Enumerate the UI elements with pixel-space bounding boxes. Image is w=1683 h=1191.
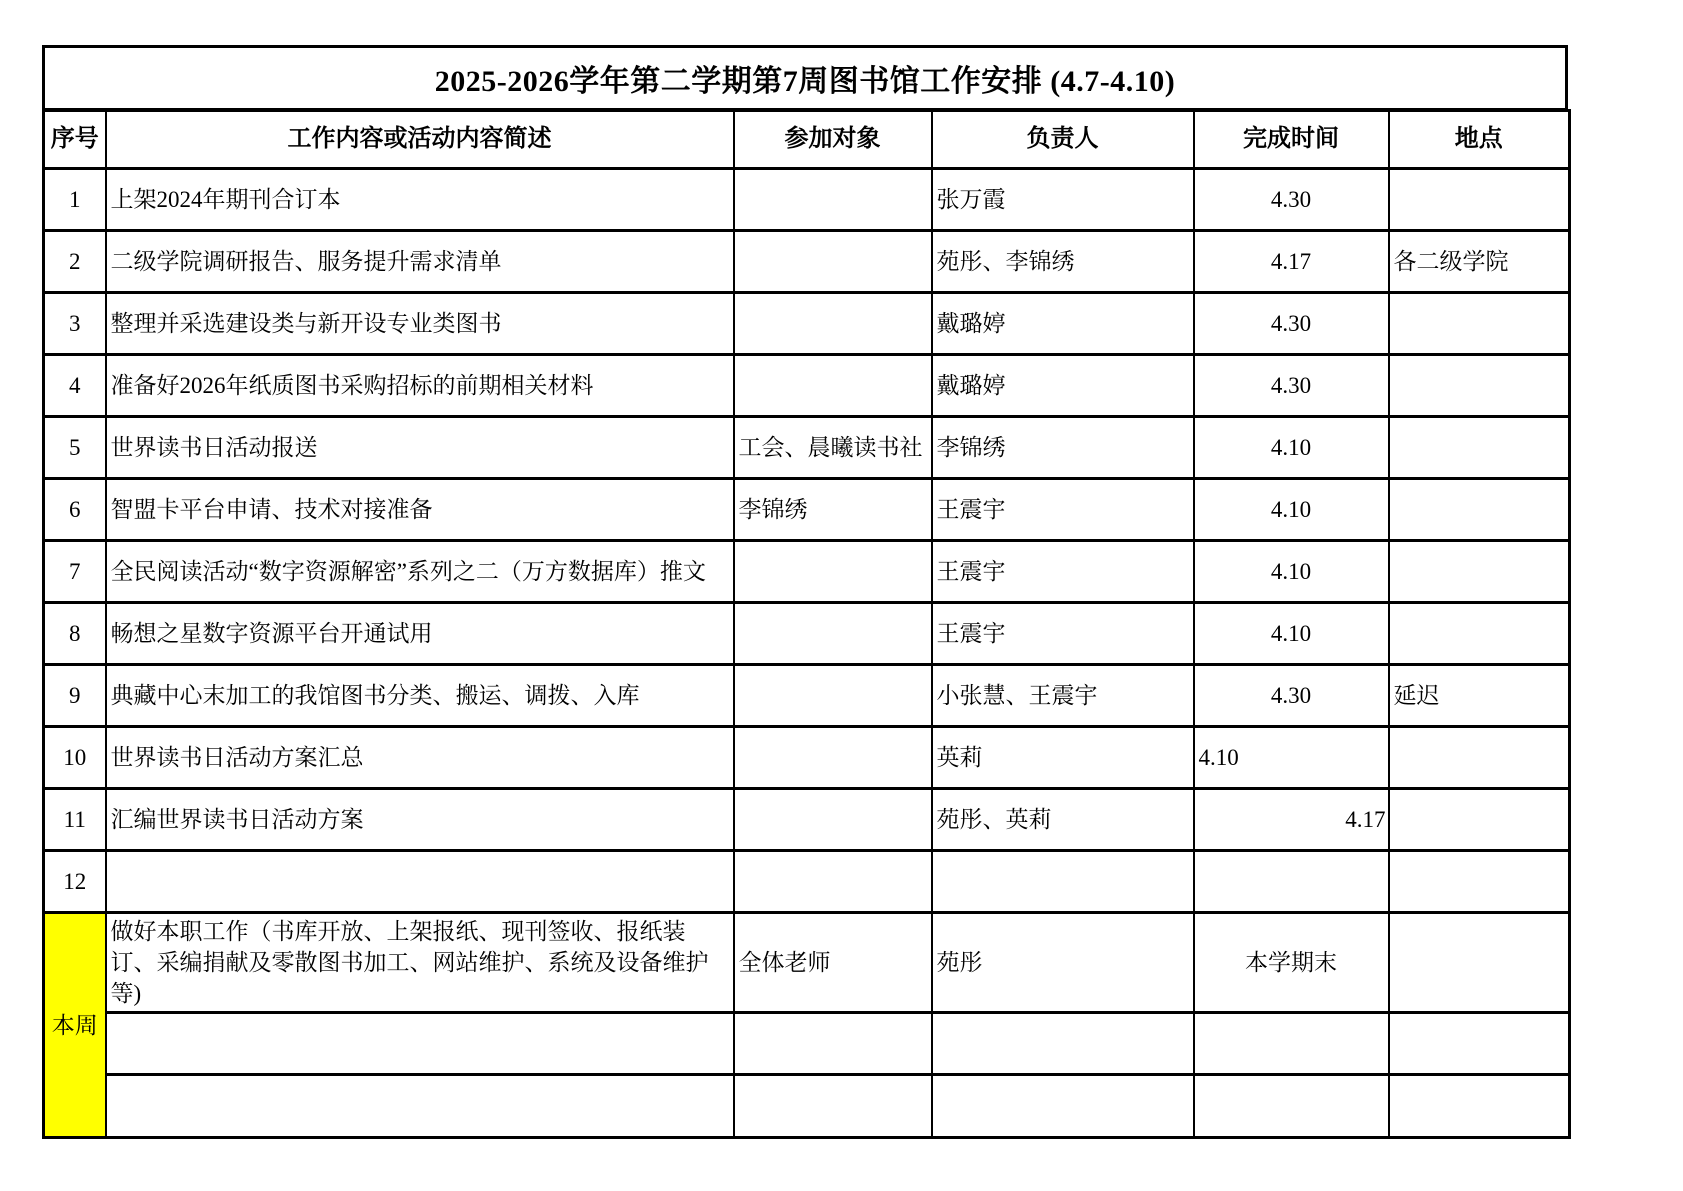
cell-location — [1389, 727, 1570, 789]
cell-responsible — [932, 851, 1194, 913]
cell-participants — [734, 665, 932, 727]
cell-responsible: 王震宇 — [932, 541, 1194, 603]
header-no: 序号 — [44, 111, 106, 169]
cell-content: 做好本职工作（书库开放、上架报纸、现刊签收、报纸装订、采编捐献及零散图书加工、网… — [106, 913, 734, 1013]
cell-location — [1389, 1013, 1570, 1075]
cell-no: 6 — [44, 479, 106, 541]
cell-no: 2 — [44, 231, 106, 293]
cell-participants: 李锦绣 — [734, 479, 932, 541]
cell-content — [106, 1075, 734, 1138]
header-deadline: 完成时间 — [1194, 111, 1389, 169]
cell-no: 8 — [44, 603, 106, 665]
cell-deadline: 4.10 — [1194, 541, 1389, 603]
table-row: 7 全民阅读活动“数字资源解密”系列之二（万方数据库）推文 王震宇 4.10 — [44, 541, 1570, 603]
header-content: 工作内容或活动内容简述 — [106, 111, 734, 169]
cell-responsible: 李锦绣 — [932, 417, 1194, 479]
cell-location: 延迟 — [1389, 665, 1570, 727]
cell-responsible: 苑彤、英莉 — [932, 789, 1194, 851]
cell-location — [1389, 541, 1570, 603]
cell-location — [1389, 417, 1570, 479]
cell-participants — [734, 355, 932, 417]
cell-content: 整理并采选建设类与新开设专业类图书 — [106, 293, 734, 355]
table-row: 1 上架2024年期刊合订本 张万霞 4.30 — [44, 169, 1570, 231]
cell-location — [1389, 293, 1570, 355]
cell-participants — [734, 727, 932, 789]
cell-deadline: 4.10 — [1194, 603, 1389, 665]
cell-location — [1389, 479, 1570, 541]
cell-deadline: 4.30 — [1194, 665, 1389, 727]
table-row: 2 二级学院调研报告、服务提升需求清单 苑彤、李锦绣 4.17 各二级学院 — [44, 231, 1570, 293]
cell-participants: 工会、晨曦读书社 — [734, 417, 932, 479]
cell-no: 9 — [44, 665, 106, 727]
cell-deadline — [1194, 1075, 1389, 1138]
cell-participants — [734, 293, 932, 355]
cell-content: 世界读书日活动报送 — [106, 417, 734, 479]
header-responsible: 负责人 — [932, 111, 1194, 169]
cell-no: 12 — [44, 851, 106, 913]
cell-content: 全民阅读活动“数字资源解密”系列之二（万方数据库）推文 — [106, 541, 734, 603]
table-row-week — [44, 1075, 1570, 1138]
table-row: 12 — [44, 851, 1570, 913]
cell-deadline: 4.10 — [1194, 479, 1389, 541]
cell-content: 上架2024年期刊合订本 — [106, 169, 734, 231]
cell-location — [1389, 789, 1570, 851]
worksheet-page: 2025-2026学年第二学期第7周图书馆工作安排 (4.7-4.10) 序号 … — [0, 0, 1683, 1191]
table-row: 9 典藏中心末加工的我馆图书分类、搬运、调拨、入库 小张慧、王震宇 4.30 延… — [44, 665, 1570, 727]
table-row: 3 整理并采选建设类与新开设专业类图书 戴璐婷 4.30 — [44, 293, 1570, 355]
cell-location — [1389, 355, 1570, 417]
cell-participants — [734, 789, 932, 851]
cell-responsible: 王震宇 — [932, 603, 1194, 665]
table-row: 11 汇编世界读书日活动方案 苑彤、英莉 4.17 — [44, 789, 1570, 851]
cell-participants — [734, 603, 932, 665]
cell-content: 畅想之星数字资源平台开通试用 — [106, 603, 734, 665]
cell-deadline: 4.30 — [1194, 355, 1389, 417]
cell-participants — [734, 1013, 932, 1075]
cell-responsible — [932, 1013, 1194, 1075]
cell-location: 各二级学院 — [1389, 231, 1570, 293]
table-row: 6 智盟卡平台申请、技术对接准备 李锦绣 王震宇 4.10 — [44, 479, 1570, 541]
cell-responsible: 戴璐婷 — [932, 355, 1194, 417]
cell-responsible: 王震宇 — [932, 479, 1194, 541]
cell-responsible: 英莉 — [932, 727, 1194, 789]
cell-no: 1 — [44, 169, 106, 231]
cell-no: 10 — [44, 727, 106, 789]
cell-participants — [734, 1075, 932, 1138]
table-row: 5 世界读书日活动报送 工会、晨曦读书社 李锦绣 4.10 — [44, 417, 1570, 479]
cell-deadline: 4.17 — [1194, 231, 1389, 293]
cell-content: 智盟卡平台申请、技术对接准备 — [106, 479, 734, 541]
cell-content: 二级学院调研报告、服务提升需求清单 — [106, 231, 734, 293]
cell-participants — [734, 851, 932, 913]
cell-location — [1389, 1075, 1570, 1138]
week-label-cell: 本周 — [44, 913, 106, 1138]
work-schedule-table: 序号 工作内容或活动内容简述 参加对象 负责人 完成时间 地点 1 上架2024… — [42, 109, 1571, 1139]
cell-participants — [734, 541, 932, 603]
cell-participants — [734, 231, 932, 293]
cell-participants: 全体老师 — [734, 913, 932, 1013]
header-location: 地点 — [1389, 111, 1570, 169]
cell-location — [1389, 851, 1570, 913]
header-row: 序号 工作内容或活动内容简述 参加对象 负责人 完成时间 地点 — [44, 111, 1570, 169]
cell-deadline: 本学期末 — [1194, 913, 1389, 1013]
cell-responsible: 苑彤、李锦绣 — [932, 231, 1194, 293]
cell-no: 3 — [44, 293, 106, 355]
cell-responsible — [932, 1075, 1194, 1138]
cell-no: 4 — [44, 355, 106, 417]
cell-no: 5 — [44, 417, 106, 479]
table-row-week — [44, 1013, 1570, 1075]
cell-location — [1389, 169, 1570, 231]
cell-content: 准备好2026年纸质图书采购招标的前期相关材料 — [106, 355, 734, 417]
cell-deadline: 4.30 — [1194, 169, 1389, 231]
cell-responsible: 小张慧、王震宇 — [932, 665, 1194, 727]
cell-deadline: 4.17 — [1194, 789, 1389, 851]
cell-responsible: 苑彤 — [932, 913, 1194, 1013]
cell-responsible: 张万霞 — [932, 169, 1194, 231]
cell-content: 世界读书日活动方案汇总 — [106, 727, 734, 789]
cell-deadline — [1194, 851, 1389, 913]
table-row: 4 准备好2026年纸质图书采购招标的前期相关材料 戴璐婷 4.30 — [44, 355, 1570, 417]
cell-deadline — [1194, 1013, 1389, 1075]
table-row-week: 本周 做好本职工作（书库开放、上架报纸、现刊签收、报纸装订、采编捐献及零散图书加… — [44, 913, 1570, 1013]
cell-deadline: 4.30 — [1194, 293, 1389, 355]
cell-participants — [734, 169, 932, 231]
cell-responsible: 戴璐婷 — [932, 293, 1194, 355]
cell-content: 典藏中心末加工的我馆图书分类、搬运、调拨、入库 — [106, 665, 734, 727]
cell-no: 7 — [44, 541, 106, 603]
cell-location — [1389, 913, 1570, 1013]
cell-no: 11 — [44, 789, 106, 851]
cell-location — [1389, 603, 1570, 665]
document-title: 2025-2026学年第二学期第7周图书馆工作安排 (4.7-4.10) — [42, 45, 1568, 111]
cell-deadline: 4.10 — [1194, 727, 1389, 789]
header-participants: 参加对象 — [734, 111, 932, 169]
cell-content — [106, 851, 734, 913]
table-row: 8 畅想之星数字资源平台开通试用 王震宇 4.10 — [44, 603, 1570, 665]
cell-content — [106, 1013, 734, 1075]
table-row: 10 世界读书日活动方案汇总 英莉 4.10 — [44, 727, 1570, 789]
cell-content: 汇编世界读书日活动方案 — [106, 789, 734, 851]
cell-deadline: 4.10 — [1194, 417, 1389, 479]
